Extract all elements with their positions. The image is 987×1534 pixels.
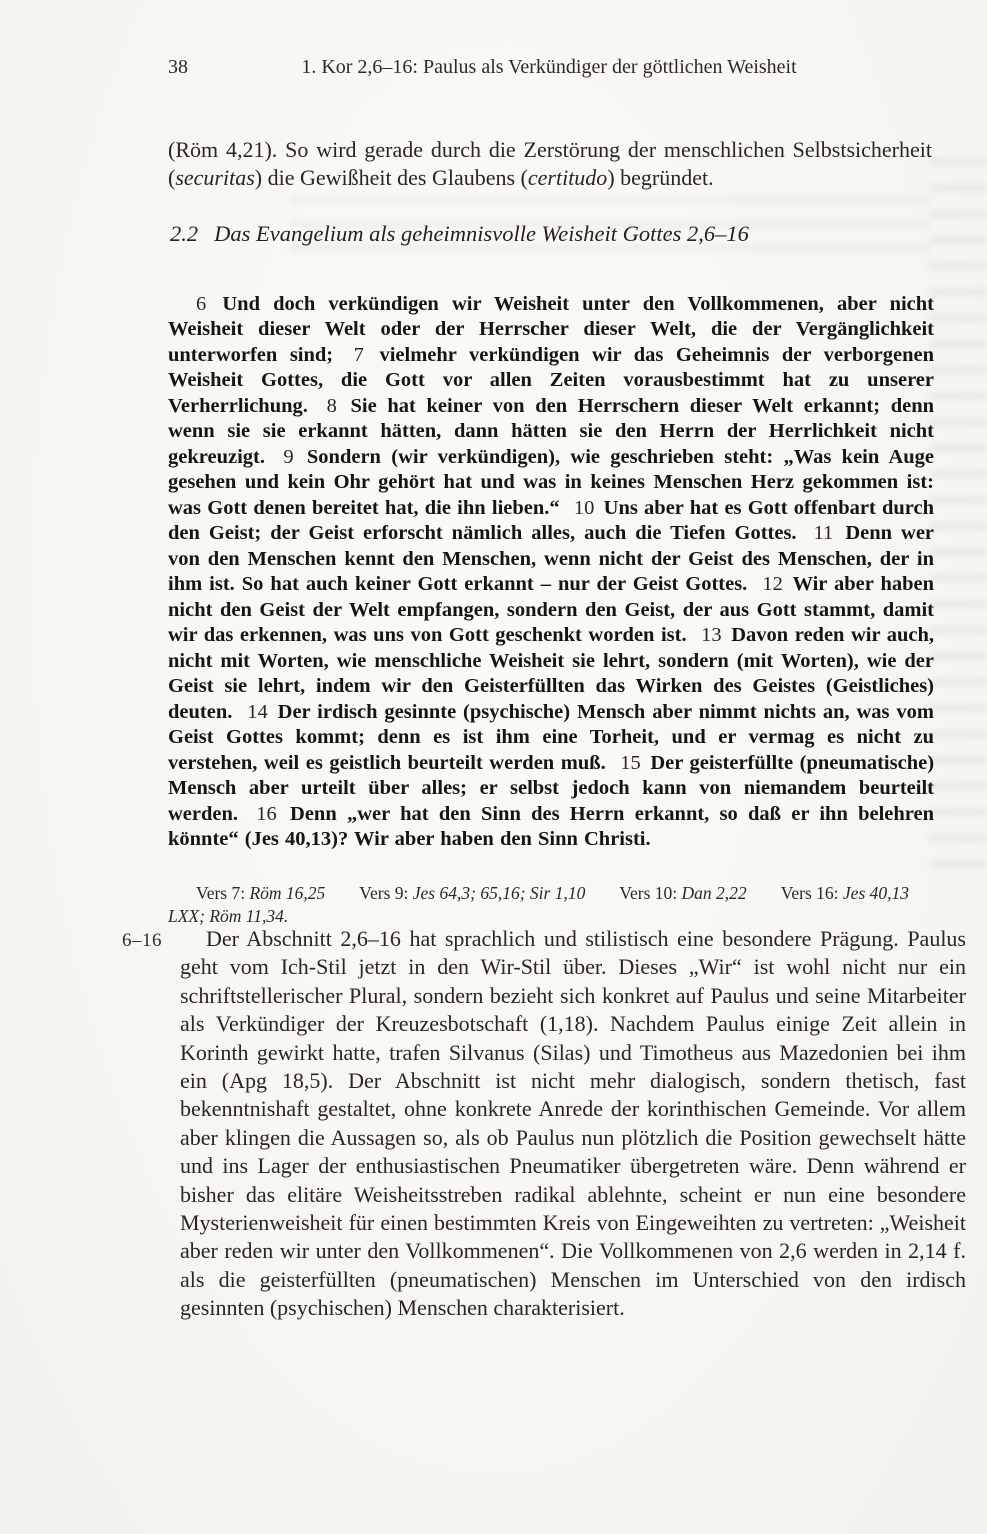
commentary-paragraph: Der Abschnitt 2,6–16 hat sprachlich und … xyxy=(180,926,966,1320)
scanned-book-page: 38 1. Kor 2,6–16: Paulus als Verkündiger… xyxy=(0,0,987,1534)
verse-number: 13 xyxy=(701,624,722,646)
verse-number: 10 xyxy=(574,497,595,519)
reference-item: Vers 7: Röm 16,25 xyxy=(196,883,325,903)
verse-number: 8 xyxy=(327,395,337,417)
reference-source: Jes 64,3; 65,16; Sir 1,10 xyxy=(413,883,586,903)
reference-source: Röm 16,25 xyxy=(249,883,325,903)
verse-number: 12 xyxy=(762,573,783,595)
bible-translation-block: 6 Und doch verkündigen wir Weisheit unte… xyxy=(168,292,934,853)
bleed-through-ghost-right xyxy=(929,140,987,880)
verse-number: 16 xyxy=(256,803,277,825)
verse-number: 11 xyxy=(814,522,834,544)
page-number: 38 xyxy=(168,56,188,79)
verse-number: 7 xyxy=(354,344,364,366)
reference-label: Vers 16: xyxy=(781,883,839,903)
page-header: 38 1. Kor 2,6–16: Paulus als Verkündiger… xyxy=(168,56,930,79)
section-heading: 2.2Das Evangelium als geheimnisvolle Wei… xyxy=(170,221,950,247)
verse-number: 14 xyxy=(247,701,268,723)
verse-number: 15 xyxy=(620,752,641,774)
reference-label: Vers 10: xyxy=(619,883,677,903)
latin-term-securitas: securitas xyxy=(175,165,254,190)
reference-item: Vers 9: Jes 64,3; 65,16; Sir 1,10 xyxy=(359,883,585,903)
verse-number: 6 xyxy=(196,293,206,315)
latin-term-certitudo: certitudo xyxy=(528,165,607,190)
reference-source: Dan 2,22 xyxy=(682,883,747,903)
verse-number: 9 xyxy=(283,446,293,468)
reference-label: Vers 9: xyxy=(359,883,408,903)
reference-item: Vers 10: Dan 2,22 xyxy=(619,883,746,903)
margin-verse-label: 6–16 xyxy=(122,927,162,955)
cross-references: Vers 7: Röm 16,25Vers 9: Jes 64,3; 65,16… xyxy=(168,882,940,929)
section-title: Das Evangelium als geheimnisvolle Weishe… xyxy=(214,221,749,246)
verse-text: Denn „wer hat den Sinn des Herrn erkannt… xyxy=(168,803,934,851)
reference-label: Vers 7: xyxy=(196,883,245,903)
running-head: 1. Kor 2,6–16: Paulus als Verkündiger de… xyxy=(301,56,796,78)
section-number: 2.2 xyxy=(170,221,198,246)
intro-text-3: ) begründet. xyxy=(607,165,713,190)
intro-text-2: ) die Gewißheit des Glaubens ( xyxy=(255,165,528,190)
commentary-section: 6–16 Der Abschnitt 2,6–16 hat sprachlich… xyxy=(180,925,966,1323)
intro-paragraph: (Röm 4,21). So wird gerade durch die Zer… xyxy=(168,136,932,191)
